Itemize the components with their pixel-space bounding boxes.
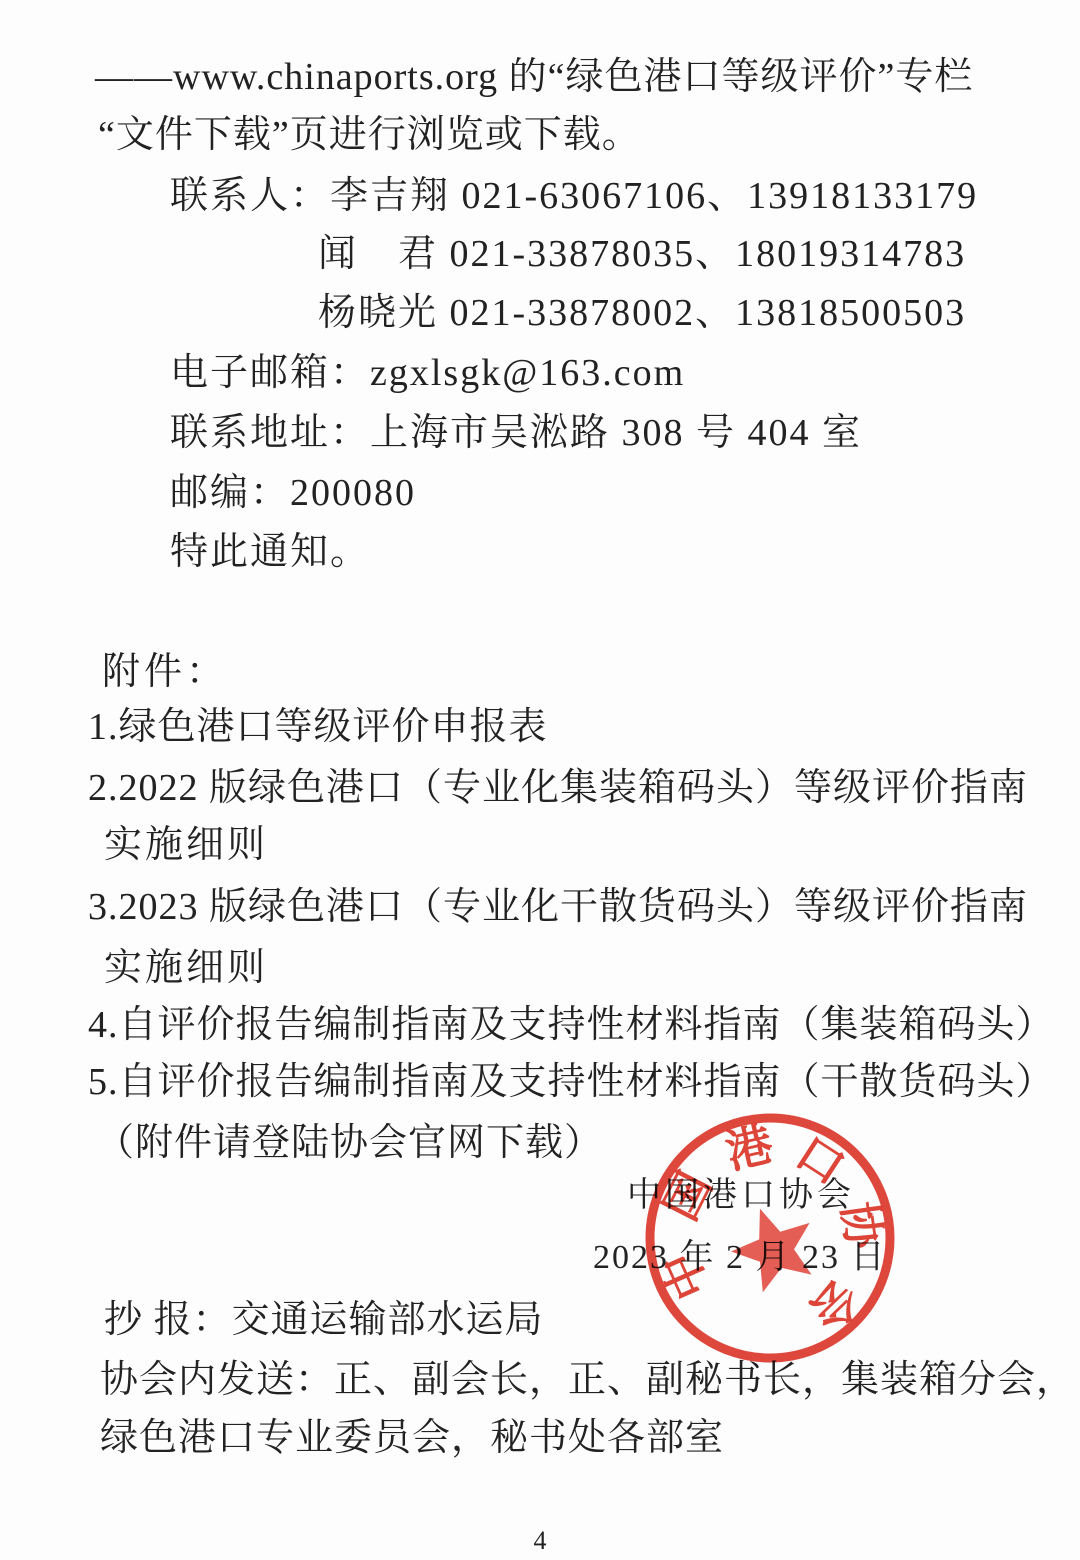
attachment-item-2-continuation: 实施细则	[104, 823, 268, 867]
cc-line: 抄 报：交通运输部水运局	[104, 1298, 544, 1342]
contact-postcode-line: 邮编：200080	[170, 471, 416, 515]
contact-address-line: 联系地址：上海市吴淞路 308 号 404 室	[170, 411, 862, 455]
distribution-line-1: 协会内发送：正、副会长，正、副秘书长，集装箱分会，	[100, 1358, 1075, 1402]
attachment-item-4: 4.自评价报告编制指南及支持性材料指南（集装箱码头）	[88, 1003, 1055, 1047]
attachment-item-3: 3.2023 版绿色港口（专业化干散货码头）等级评价指南	[88, 885, 1028, 929]
attachment-item-2: 2.2022 版绿色港口（专业化集装箱码头）等级评价指南	[88, 766, 1028, 810]
signature-date: 2023 年 2 月 23 日	[593, 1238, 887, 1278]
page-number: 4	[0, 1526, 1080, 1556]
signature-organization: 中国港口协会	[627, 1176, 855, 1216]
contact-person-line: 联系人：李吉翔 021-63067106、13918133179	[170, 174, 978, 218]
contact-email-line: 电子邮箱：zgxlsgk@163.com	[170, 351, 685, 395]
attachments-header: 附件：	[102, 650, 228, 694]
contact-person2-line: 闻 君 021-33878035、18019314783	[318, 232, 966, 276]
paragraph-download-line: “文件下载”页进行浏览或下载。	[98, 113, 641, 157]
attachments-note: （附件请登陆协会官网下载）	[96, 1121, 603, 1165]
paragraph-url-line: ——www.chinaports.org 的“绿色港口等级评价”专栏	[95, 55, 973, 99]
attachment-item-3-continuation: 实施细则	[104, 946, 268, 990]
document-page: ——www.chinaports.org 的“绿色港口等级评价”专栏 “文件下载…	[0, 0, 1080, 1560]
attachment-item-5: 5.自评价报告编制指南及支持性材料指南（干散货码头）	[88, 1060, 1055, 1104]
notice-line: 特此通知。	[170, 530, 370, 574]
distribution-line-2: 绿色港口专业委员会，秘书处各部室	[100, 1416, 724, 1460]
attachment-item-1: 1.绿色港口等级评价申报表	[88, 705, 548, 749]
contact-person3-line: 杨晓光 021-33878002、13818500503	[318, 291, 966, 335]
seal-char: 港	[721, 1118, 777, 1178]
seal-char: 会	[800, 1270, 869, 1339]
